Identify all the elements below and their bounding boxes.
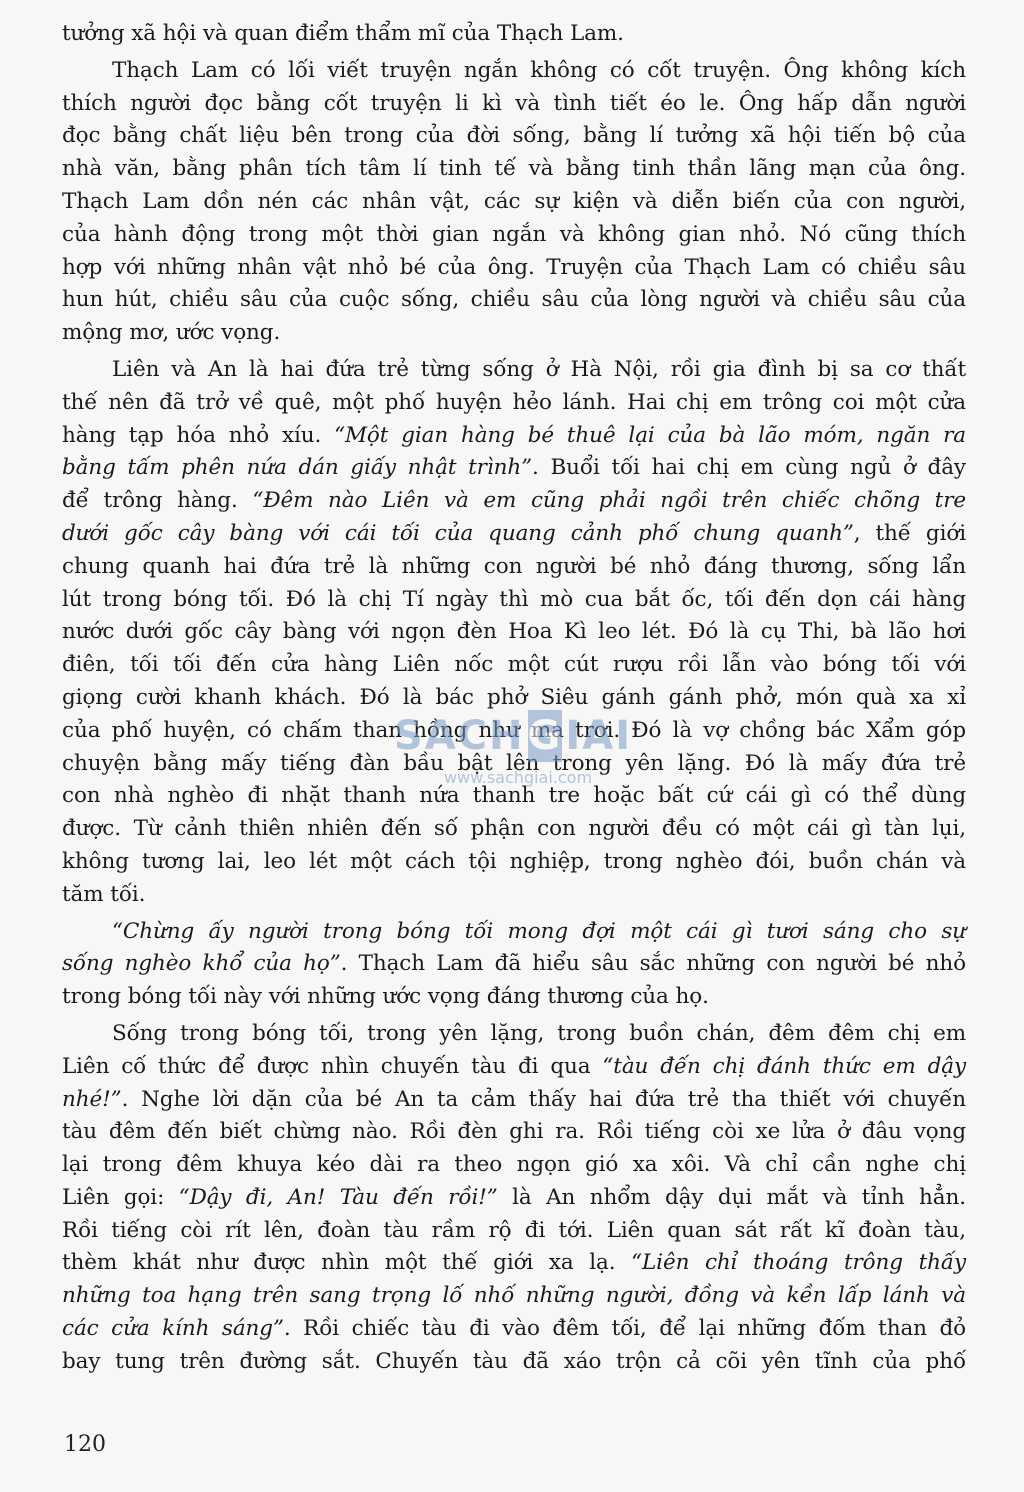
text-line: nhé!”. Nghe lời dặn của bé An ta cảm thấ… (62, 1084, 966, 1117)
body-text: của phố huyện, có chấm than hồng như ma … (62, 718, 966, 743)
quoted-text: “Chừng ấy người trong bóng tối mong đợi … (112, 919, 966, 944)
text-line: bằng tấm phên nứa dán giấy nhật trình”. … (62, 452, 966, 485)
body-text: nhà văn, bằng phân tích tâm lí tinh tế v… (62, 156, 966, 181)
body-text: để trông hàng. (62, 488, 252, 513)
text-line: thèm khát như được nhìn một thế giới xa … (62, 1247, 966, 1280)
text-line: lút trong bóng tối. Đó là chị Tí ngày th… (62, 584, 966, 617)
text-line: Rồi tiếng còi rít lên, đoàn tàu rầm rộ đ… (62, 1215, 966, 1248)
body-text: Rồi tiếng còi rít lên, đoàn tàu rầm rộ đ… (62, 1218, 966, 1243)
text-line: Liên cố thức để được nhìn chuyến tàu đi … (62, 1051, 966, 1084)
body-text: lút trong bóng tối. Đó là chị Tí ngày th… (62, 587, 966, 612)
body-text: , thế giới (854, 521, 966, 546)
text-line: hun hút, chiều sâu của cuộc sống, chiều … (62, 284, 966, 317)
paragraph: Liên và An là hai đứa trẻ từng sống ở Hà… (62, 354, 966, 912)
text-line: sống nghèo khổ của họ”. Thạch Lam đã hiể… (62, 948, 966, 981)
body-text: lại trong đêm khuya kéo dài ra theo ngọn… (62, 1152, 966, 1177)
paragraph: Sống trong bóng tối, trong yên lặng, tro… (62, 1018, 966, 1379)
paragraph: Thạch Lam có lối viết truyện ngắn không … (62, 55, 966, 350)
quoted-text: “Liên chỉ thoáng trông thấy (631, 1250, 966, 1275)
text-line: lại trong đêm khuya kéo dài ra theo ngọn… (62, 1149, 966, 1182)
quoted-text: các cửa kính sáng” (62, 1316, 284, 1341)
text-line: Liên và An là hai đứa trẻ từng sống ở Hà… (62, 354, 966, 387)
text-line: thế nên đã trở về quê, một phố huyện hẻo… (62, 387, 966, 420)
page-body: tưởng xã hội và quan điểm thẩm mĩ của Th… (62, 18, 966, 1379)
text-line: Thạch Lam có lối viết truyện ngắn không … (62, 55, 966, 88)
body-text: tưởng xã hội và quan điểm thẩm mĩ của Th… (62, 21, 624, 46)
text-line: Thạch Lam dồn nén các nhân vật, các sự k… (62, 186, 966, 219)
body-text: hun hút, chiều sâu của cuộc sống, chiều … (62, 287, 966, 312)
quoted-text: “Một gian hàng bé thuê lại của bà lão mó… (334, 423, 966, 448)
body-text: chung quanh hai đứa trẻ là những con ngư… (62, 554, 966, 579)
text-line: nhà văn, bằng phân tích tâm lí tinh tế v… (62, 153, 966, 186)
quoted-text: nhé!” (62, 1087, 122, 1112)
body-text: đọc bằng chất liệu bên trong của đời sốn… (62, 123, 966, 148)
body-text: . Buổi tối hai chị em cùng ngủ ở đây (532, 455, 966, 480)
body-text: tăm tối. (62, 882, 145, 907)
text-line: được. Từ cảnh thiên nhiên đến số phận co… (62, 813, 966, 846)
body-text: tàu đêm đến biết chừng nào. Rồi đèn ghi … (62, 1119, 966, 1144)
text-line: con nhà nghèo đi nhặt thanh nứa thanh tr… (62, 780, 966, 813)
text-line: “Chừng ấy người trong bóng tối mong đợi … (62, 916, 966, 949)
quoted-text: “Dậy đi, An! Tàu đến rồi!” (179, 1185, 498, 1210)
body-text: . Thạch Lam đã hiểu sâu sắc những con ng… (341, 951, 966, 976)
body-text: của hành động trong một thời gian ngắn v… (62, 222, 966, 247)
body-text: là An nhổm dậy dụi mắt và tỉnh hẳn. (498, 1185, 966, 1210)
text-line: trong bóng tối này với những ước vọng đá… (62, 981, 966, 1014)
body-text: Thạch Lam dồn nén các nhân vật, các sự k… (62, 189, 966, 214)
text-line: của hành động trong một thời gian ngắn v… (62, 219, 966, 252)
body-text: Sống trong bóng tối, trong yên lặng, tro… (112, 1021, 966, 1046)
body-text: thế nên đã trở về quê, một phố huyện hẻo… (62, 390, 966, 415)
body-text: Liên gọi: (62, 1185, 179, 1210)
text-line: hợp với những nhân vật nhỏ bé của ông. T… (62, 252, 966, 285)
body-text: bay tung trên đường sắt. Chuyến tàu đã x… (62, 1349, 966, 1374)
body-text: được. Từ cảnh thiên nhiên đến số phận co… (62, 816, 966, 841)
text-line: nước dưới gốc cây bàng với ngọn đèn Hoa … (62, 616, 966, 649)
text-line: những toa hạng trên sang trọng lố nhố nh… (62, 1280, 966, 1313)
body-text: . Rồi chiếc tàu đi vào đêm tối, để lại n… (284, 1316, 966, 1341)
text-line: mộng mơ, ước vọng. (62, 317, 966, 350)
text-line: tăm tối. (62, 879, 966, 912)
text-line: dưới gốc cây bàng với cái tối của quang … (62, 518, 966, 551)
text-line: Liên gọi: “Dậy đi, An! Tàu đến rồi!” là … (62, 1182, 966, 1215)
text-line: chuyện bằng mấy tiếng đàn bầu bật lên tr… (62, 748, 966, 781)
quoted-text: những toa hạng trên sang trọng lố nhố nh… (62, 1283, 966, 1308)
body-text: . Nghe lời dặn của bé An ta cảm thấy hai… (122, 1087, 966, 1112)
quoted-text: sống nghèo khổ của họ” (62, 951, 341, 976)
text-line: không tương lai, leo lét một cách tội ng… (62, 846, 966, 879)
body-text: mộng mơ, ước vọng. (62, 320, 280, 345)
text-line: đọc bằng chất liệu bên trong của đời sốn… (62, 120, 966, 153)
text-line: thích người đọc bằng cốt truyện li kì và… (62, 88, 966, 121)
text-line: chung quanh hai đứa trẻ là những con ngư… (62, 551, 966, 584)
body-text: con nhà nghèo đi nhặt thanh nứa thanh tr… (62, 783, 966, 808)
quoted-text: dưới gốc cây bàng với cái tối của quang … (62, 521, 854, 546)
body-text: nước dưới gốc cây bàng với ngọn đèn Hoa … (62, 619, 966, 644)
body-text: Liên cố thức để được nhìn chuyến tàu đi … (62, 1054, 602, 1079)
quoted-text: bằng tấm phên nứa dán giấy nhật trình” (62, 455, 532, 480)
quoted-text: “tàu đến chị đánh thức em dậy (602, 1054, 966, 1079)
body-text: thích người đọc bằng cốt truyện li kì và… (62, 91, 966, 116)
body-text: hợp với những nhân vật nhỏ bé của ông. T… (62, 255, 966, 280)
text-line: tưởng xã hội và quan điểm thẩm mĩ của Th… (62, 18, 966, 51)
body-text: chuyện bằng mấy tiếng đàn bầu bật lên tr… (62, 751, 966, 776)
text-line: điên, tối tối đến cửa hàng Liên nốc một … (62, 649, 966, 682)
body-text: giọng cười khanh khách. Đó là bác phở Si… (62, 685, 966, 710)
body-text: trong bóng tối này với những ước vọng đá… (62, 984, 709, 1009)
text-line: bay tung trên đường sắt. Chuyến tàu đã x… (62, 1346, 966, 1379)
text-line: các cửa kính sáng”. Rồi chiếc tàu đi vào… (62, 1313, 966, 1346)
paragraph: “Chừng ấy người trong bóng tối mong đợi … (62, 916, 966, 1014)
text-line: của phố huyện, có chấm than hồng như ma … (62, 715, 966, 748)
body-text: điên, tối tối đến cửa hàng Liên nốc một … (62, 652, 966, 677)
body-text: Thạch Lam có lối viết truyện ngắn không … (112, 58, 966, 83)
text-line: để trông hàng. “Đêm nào Liên và em cũng … (62, 485, 966, 518)
body-text: Liên và An là hai đứa trẻ từng sống ở Hà… (112, 357, 966, 382)
text-line: Sống trong bóng tối, trong yên lặng, tro… (62, 1018, 966, 1051)
text-line: tàu đêm đến biết chừng nào. Rồi đèn ghi … (62, 1116, 966, 1149)
quoted-text: “Đêm nào Liên và em cũng phải ngồi trên … (252, 488, 966, 513)
body-text: thèm khát như được nhìn một thế giới xa … (62, 1250, 631, 1275)
page-number: 120 (64, 1432, 106, 1457)
text-line: giọng cười khanh khách. Đó là bác phở Si… (62, 682, 966, 715)
paragraph: tưởng xã hội và quan điểm thẩm mĩ của Th… (62, 18, 966, 51)
text-line: hàng tạp hóa nhỏ xíu. “Một gian hàng bé … (62, 420, 966, 453)
body-text: không tương lai, leo lét một cách tội ng… (62, 849, 966, 874)
body-text: hàng tạp hóa nhỏ xíu. (62, 423, 334, 448)
